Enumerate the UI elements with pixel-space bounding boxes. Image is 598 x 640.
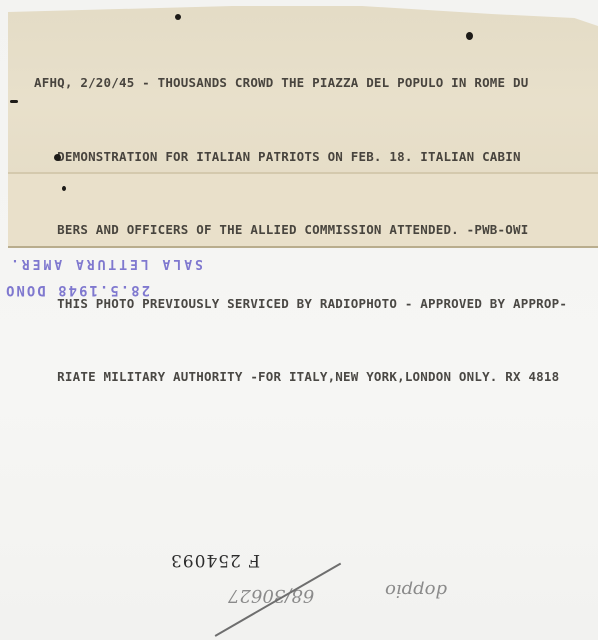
library-stamp-date: 28.5.1948 DONO <box>4 282 150 298</box>
caption-line: DEMONSTRATION FOR ITALIAN PATRIOTS ON FE… <box>34 145 594 170</box>
ink-blot <box>62 186 66 191</box>
ink-blot <box>10 100 18 103</box>
caption-line: BERS AND OFFICERS OF THE ALLIED COMMISSI… <box>34 218 594 243</box>
typed-caption: AFHQ, 2/20/45 - THOUSANDS CROWD THE PIAZ… <box>34 22 594 414</box>
inventory-number: F 254093 <box>170 550 260 570</box>
ink-blot <box>175 14 181 20</box>
library-stamp-line1: SALA LETTURA AMER. <box>8 256 203 271</box>
caption-line: AFHQ, 2/20/45 - THOUSANDS CROWD THE PIAZ… <box>34 71 594 96</box>
pencil-word: doppio <box>385 580 447 601</box>
ink-blot <box>54 154 61 161</box>
ink-blot <box>466 32 473 40</box>
caption-line: RIATE MILITARY AUTHORITY -FOR ITALY,NEW … <box>34 365 594 390</box>
